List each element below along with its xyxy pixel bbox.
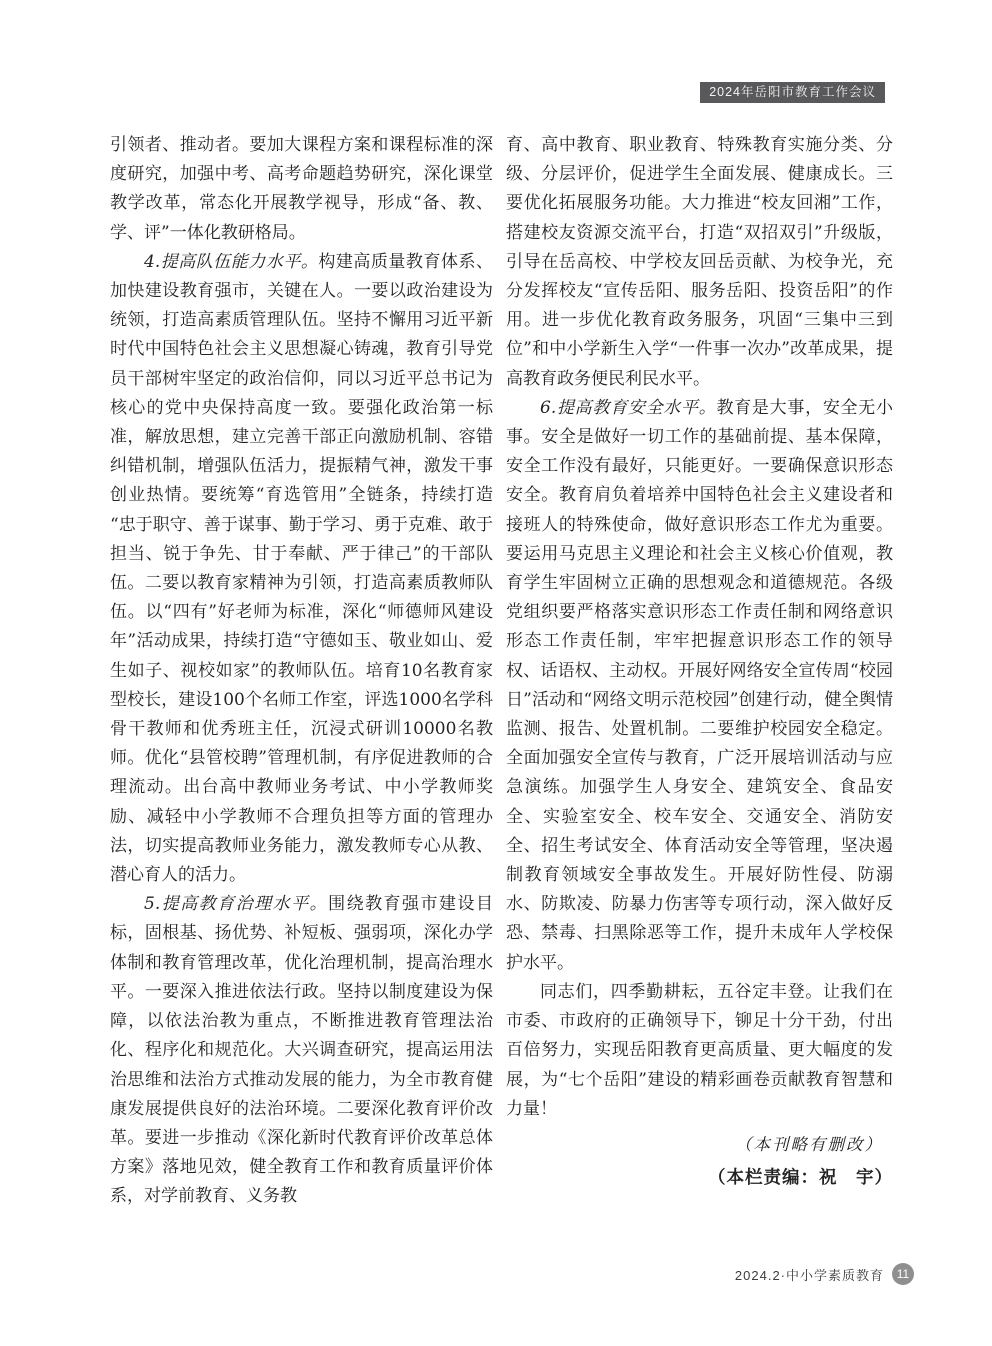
paragraph-text: 教育是大事，安全无小事。安全是做好一切工作的基础前提、基本保障，安全工作没有最好…	[506, 398, 893, 973]
right-column: 育、高中教育、职业教育、特殊教育实施分类、分级、分层评价，促进学生全面发展、健康…	[506, 131, 893, 1192]
paragraph-point-4: 4.提高队伍能力水平。构建高质量教育体系、加快建设教育强市，关键在人。一要以政治…	[110, 248, 493, 890]
paragraph-point-5: 5.提高教育治理水平。围绕教育强市建设目标，固根基、扬优势、补短板、强弱项，深化…	[110, 890, 493, 1211]
paragraph-text: 构建高质量教育体系、加快建设教育强市，关键在人。一要以政治建设为统领，打造高素质…	[110, 252, 493, 885]
page-footer: 2024.2·中小学素质教育 11	[735, 1263, 914, 1285]
section-banner: 2024年岳阳市教育工作会议	[700, 82, 885, 103]
paragraph-lead: 5.提高教育治理水平。	[144, 894, 328, 914]
paragraph-text: 同志们，四季勤耕耘，五谷定丰登。让我们在市委、市政府的正确领导下，铆足十分干劲，…	[506, 982, 893, 1119]
column-editor-credit: （本栏责编：祝 宇）	[506, 1163, 893, 1192]
editorial-note: （本刊略有删改）	[506, 1130, 893, 1159]
paragraph-lead: 6.提高教育安全水平。	[540, 398, 716, 418]
paragraph-lead: 4.提高队伍能力水平。	[144, 252, 318, 272]
paragraph-point-6: 6.提高教育安全水平。教育是大事，安全无小事。安全是做好一切工作的基础前提、基本…	[506, 394, 893, 978]
left-column: 引领者、推动者。要加大课程方案和课程标准的深度研究，加强中考、高考命题趋势研究，…	[110, 131, 493, 1212]
journal-title: 2024.2·中小学素质教育	[735, 1265, 884, 1284]
paragraph-text: 围绕教育强市建设目标，固根基、扬优势、补短板、强弱项，深化办学体制和教育管理改革…	[110, 894, 493, 1206]
paragraph-closing: 同志们，四季勤耕耘，五谷定丰登。让我们在市委、市政府的正确领导下，铆足十分干劲，…	[506, 978, 893, 1124]
page-number-badge: 11	[892, 1263, 914, 1285]
paragraph-continuation: 引领者、推动者。要加大课程方案和课程标准的深度研究，加强中考、高考命题趋势研究，…	[110, 131, 493, 248]
paragraph-text: 引领者、推动者。要加大课程方案和课程标准的深度研究，加强中考、高考命题趋势研究，…	[110, 135, 493, 243]
paragraph-continuation: 育、高中教育、职业教育、特殊教育实施分类、分级、分层评价，促进学生全面发展、健康…	[506, 131, 893, 394]
paragraph-text: 育、高中教育、职业教育、特殊教育实施分类、分级、分层评价，促进学生全面发展、健康…	[506, 135, 893, 389]
